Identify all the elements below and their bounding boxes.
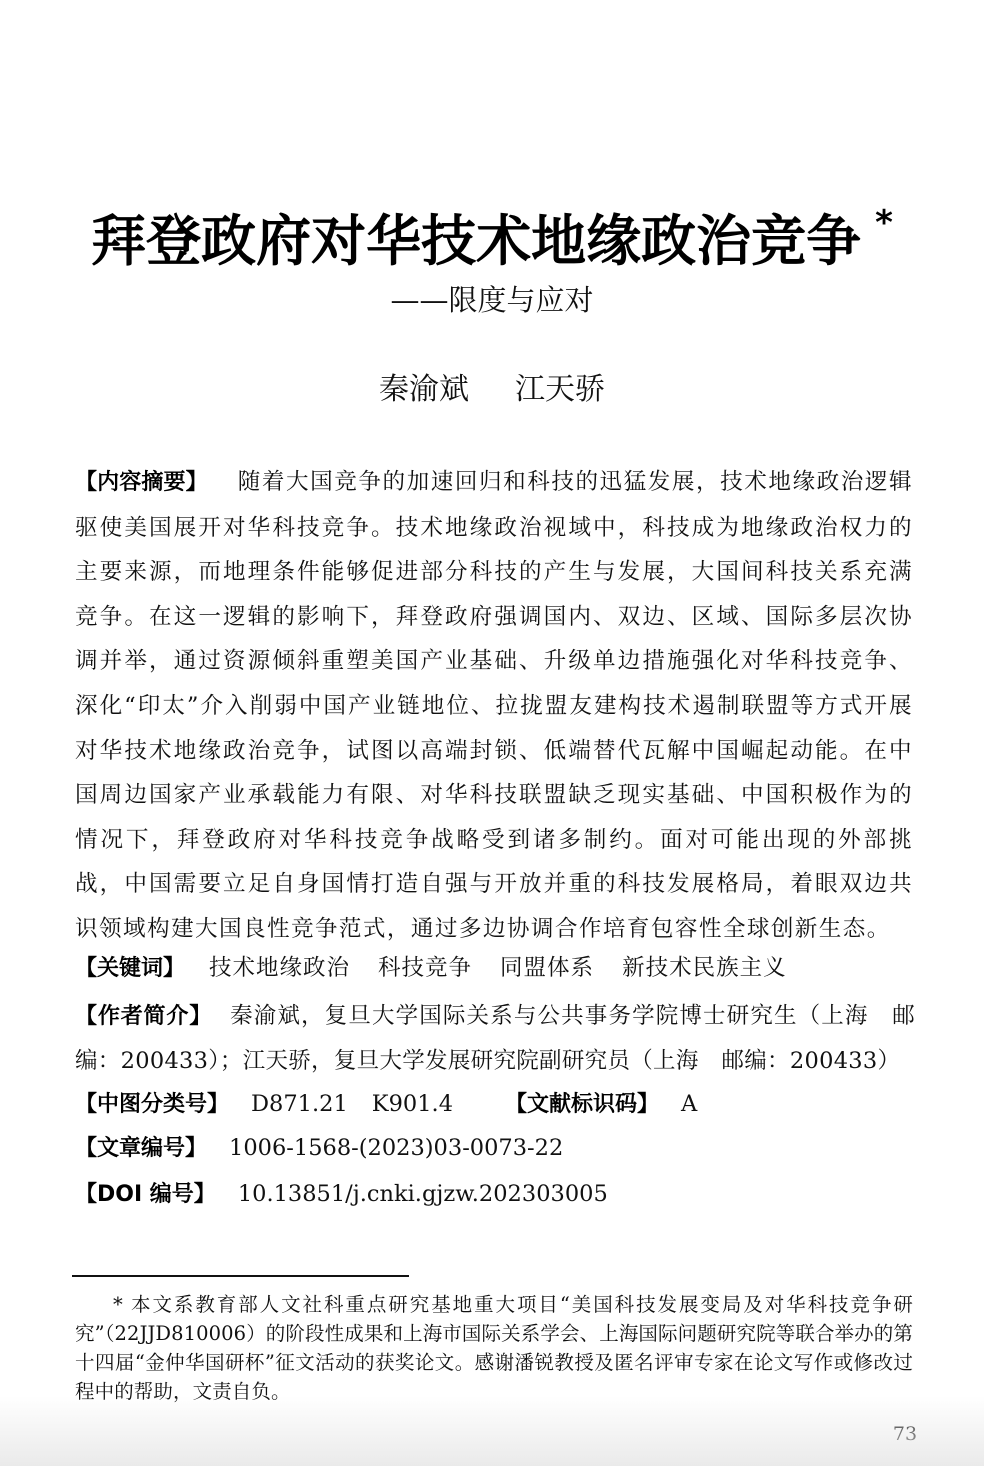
author-name: 江天骄: [515, 372, 605, 407]
keywords-line: 【关键词】技术地缘政治科技竞争同盟体系新技术民族主义: [75, 952, 915, 985]
author-list: 秦渝斌江天骄: [0, 370, 984, 410]
classification-code: D871.21: [251, 1091, 348, 1117]
document-code-value: A: [681, 1091, 697, 1117]
doi-label: 【DOI 编号】: [75, 1182, 216, 1207]
page-bottom-shadow: [0, 1396, 984, 1466]
classification-line: 【中图分类号】D871.21K901.4【文献标识码】A: [75, 1088, 915, 1121]
keyword: 科技竞争: [378, 955, 472, 981]
title-footnote-marker[interactable]: *: [875, 203, 893, 243]
document-code-label: 【文献标识码】: [505, 1092, 659, 1117]
article-number-value: 1006-1568-(2023)03-0073-22: [229, 1135, 563, 1161]
article-title-text: 拜登政府对华技术地缘政治竞争: [91, 209, 861, 273]
journal-page: 拜登政府对华技术地缘政治竞争* ——限度与应对 秦渝斌江天骄 【内容摘要】随着大…: [0, 0, 984, 1466]
doi-line: 【DOI 编号】10.13851/j.cnki.gjzw.202303005: [75, 1178, 915, 1211]
keyword: 新技术民族主义: [622, 955, 787, 981]
footnote: * 本文系教育部人文社科重点研究基地重大项目“美国科技发展变局及对华科技竞争研究…: [75, 1290, 913, 1406]
article-subtitle: ——限度与应对: [0, 280, 984, 320]
keywords-label: 【关键词】: [75, 956, 185, 981]
abstract-block: 【内容摘要】随着大国竞争的加速回归和科技的迅猛发展，技术地缘政治逻辑驱使美国展开…: [75, 460, 913, 952]
keyword: 技术地缘政治: [209, 955, 350, 981]
footnote-marker: *: [113, 1293, 123, 1316]
article-title: 拜登政府对华技术地缘政治竞争*: [0, 188, 984, 276]
author-bio-label: 【作者简介】: [75, 1004, 212, 1029]
abstract-label: 【内容摘要】: [75, 470, 208, 495]
footnote-divider: [72, 1275, 409, 1277]
abstract-text: 随着大国竞争的加速回归和科技的迅猛发展，技术地缘政治逻辑驱使美国展开对华科技竞争…: [75, 469, 913, 942]
article-number-line: 【文章编号】1006-1568-(2023)03-0073-22: [75, 1132, 915, 1165]
author-name: 秦渝斌: [379, 372, 469, 407]
keyword: 同盟体系: [500, 955, 594, 981]
classification-label: 【中图分类号】: [75, 1092, 229, 1117]
footnote-text: 本文系教育部人文社科重点研究基地重大项目“美国科技发展变局及对华科技竞争研究”（…: [75, 1293, 913, 1403]
classification-code: K901.4: [372, 1091, 453, 1117]
article-number-label: 【文章编号】: [75, 1136, 207, 1161]
author-bio-block: 【作者简介】秦渝斌，复旦大学国际关系与公共事务学院博士研究生（上海 邮编：200…: [75, 994, 915, 1083]
page-number: 73: [885, 1422, 925, 1446]
doi-value[interactable]: 10.13851/j.cnki.gjzw.202303005: [238, 1181, 608, 1207]
